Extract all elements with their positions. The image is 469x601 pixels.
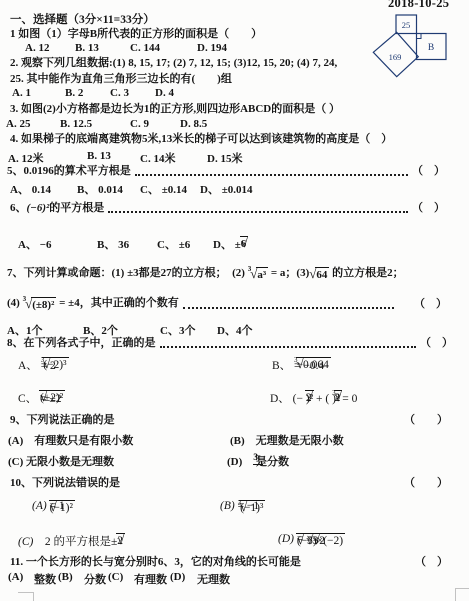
option: (A) 有理数只是有限小数 [8, 432, 133, 448]
question-7-options: A、1个 B、2个 C、3个 D、4个 [0, 322, 469, 338]
question-2-stem-line2: 25. 其中能作为直角三角形三边长的有( )组 [10, 73, 232, 87]
question-text: (4) 3√(±8)² = ±4，其中正确的个数有 [7, 296, 179, 312]
question-8-options-row1: A、 3√(−2)³ = 2 B、 3√−0.064 = −0.4 [0, 357, 469, 373]
question-7-stem-line2: (4) 3√(±8)² = ±4，其中正确的个数有 （ ） [7, 296, 447, 312]
option: C. 3 [110, 87, 129, 99]
dotted-leader [160, 345, 417, 348]
option: A、1个 [7, 322, 42, 338]
dotted-leader [135, 173, 408, 176]
option-label: (C) [108, 571, 123, 583]
option: A. 12 [25, 42, 49, 54]
option: (D) π3 是分数 [227, 453, 289, 469]
option: A. 12米 [8, 150, 43, 166]
option: B、2个 [83, 322, 118, 338]
dotted-leader [183, 306, 394, 309]
question-6-stem: 6、(−6)²的平方根是 （ ） [10, 202, 445, 216]
question-text: 11. 一个长方形的长与宽分别时6、3，它的对角线的长可能是 [10, 556, 301, 570]
answer-paren: （ ） [415, 556, 448, 570]
question-3-options: A. 25 B. 12.5 C. 9 D. 8.5 [0, 118, 469, 134]
option: C、 ±0.14 [140, 181, 187, 197]
question-text: 6、(−6)²的平方根是 [10, 202, 104, 216]
answer-paren: （ ） [404, 414, 448, 428]
option: D、4个 [217, 322, 252, 338]
option: A. 25 [6, 118, 30, 130]
question-10-options-row2: (C) 2 的平方根是± √2 (D) √(−3)×(−2) = √−3 × √… [0, 533, 469, 549]
option: D、 ±0.014 [200, 181, 252, 197]
crop-mark-bottom-right [455, 588, 469, 601]
option: (A) √(−1)² = 1 [32, 500, 65, 512]
answer-paren: （ ） [412, 165, 445, 179]
option: C、3个 [160, 322, 195, 338]
option: C. 14米 [140, 150, 175, 166]
question-9-options-row2: (C) 无限小数是无理数 (D) π3 是分数 [0, 453, 469, 469]
question-5-options: A、 0.14 B、 0.014 C、 ±0.14 D、 ±0.014 [0, 181, 469, 197]
option: (C) 2 的平方根是± √2 [18, 533, 117, 549]
question-11-options: (A) 整数 (B) 分数 (C) 有理数 (D) 无理数 [0, 571, 469, 587]
option-label: (B) [58, 571, 73, 583]
option: D. 194 [197, 42, 227, 54]
section-heading: 一、选择题（3分×11=33分） [10, 13, 155, 27]
option-text: 分数 [84, 571, 106, 587]
option-text: 整数 [34, 571, 56, 587]
option: C. 9 [130, 118, 149, 130]
option: (C) 无限小数是无理数 [8, 453, 114, 469]
question-10-stem: 10、下列说法错误的是 （ ） [10, 477, 448, 491]
option-label: (D) [170, 571, 185, 583]
answer-paren: （ ） [404, 477, 448, 491]
answer-paren: （ ） [420, 337, 453, 351]
question-4-options: A. 12米 B. 13 C. 14米 D. 15米 [0, 150, 469, 166]
question-3-stem: 3. 如图(2)小方格都是边长为1的正方形,则四边形ABCD的面积是（ ） [10, 103, 340, 117]
option: C. 144 [130, 42, 160, 54]
question-2-stem-line1: 2. 观察下列几组数据:(1) 8, 15, 17; (2) 7, 12, 15… [10, 57, 337, 71]
option: C、 √(±2)² = ±2 [18, 390, 61, 406]
option: B. 13 [87, 150, 111, 162]
option: B. 2 [65, 87, 83, 99]
option: B. 13 [75, 42, 99, 54]
crop-mark-bottom-left [18, 592, 34, 601]
option: (D) √(−3)×(−2) = √−3 × √−2 [278, 533, 313, 545]
option: B、 3√−0.064 = −0.4 [272, 357, 324, 373]
question-text: 9、下列说法正确的是 [10, 414, 115, 428]
option-label: (A) [8, 571, 23, 583]
question-text: 8、在下列各式子中，正确的是 [7, 337, 156, 351]
option-text: 有理数 [134, 571, 167, 587]
question-8-options-row2: C、 √(±2)² = ±2 D、 (− √2 )² + ( 3√2 )³ = … [0, 390, 469, 406]
option: A、 0.14 [10, 181, 51, 197]
question-10-options-row1: (A) √(−1)² = 1 (B) 3√(−1)³ = −1 [0, 500, 469, 516]
question-11-stem: 11. 一个长方形的长与宽分别时6、3，它的对角线的长可能是 （ ） [10, 556, 448, 570]
question-6-options: A、 −6 B、 36 C、 ±6 D、 ± √6 [0, 236, 469, 252]
right-angle-icon [417, 34, 422, 39]
option: D、 (− √2 )² + ( 3√2 )³ = 0 [270, 390, 357, 406]
option: D、 ± √6 [213, 236, 241, 252]
answer-paren: （ ） [412, 202, 445, 216]
answer-paren: （ ） [414, 298, 447, 312]
exam-page: 2018-10-25 25 B 169 一、选择题（3分×11=33分） 1 如… [0, 0, 469, 601]
option: A. 1 [12, 87, 31, 99]
question-2-options: A. 1 B. 2 C. 3 D. 4 [0, 87, 469, 103]
option: B、 0.014 [77, 181, 123, 197]
option: D. 15米 [207, 150, 242, 166]
question-text: 5、0.0196的算术平方根是 [7, 165, 131, 179]
option: B. 12.5 [60, 118, 92, 130]
option: D. 4 [155, 87, 174, 99]
question-9-options-row1: (A) 有理数只是有限小数 (B) 无理数是无限小数 [0, 432, 469, 448]
option: A、 −6 [18, 236, 51, 252]
question-5-stem: 5、0.0196的算术平方根是 （ ） [7, 165, 445, 179]
option-text: 无理数 [197, 571, 230, 587]
figure-label-25: 25 [402, 20, 411, 30]
option: A、 3√(−2)³ = 2 [18, 357, 56, 373]
dotted-leader [108, 210, 408, 213]
option: D. 8.5 [180, 118, 207, 130]
option: (B) 无理数是无限小数 [230, 432, 344, 448]
question-8-stem: 8、在下列各式子中，正确的是 （ ） [7, 337, 453, 351]
question-text: 10、下列说法错误的是 [10, 477, 120, 491]
question-9-stem: 9、下列说法正确的是 （ ） [10, 414, 448, 428]
option: C、 ±6 [157, 236, 190, 252]
question-1-options: A. 12 B. 13 C. 144 D. 194 [0, 42, 469, 58]
option: (B) 3√(−1)³ = −1 [220, 500, 259, 512]
question-1-stem: 1 如图（1）字母B所代表的正方形的面积是（ ） [10, 28, 262, 42]
question-4-stem: 4. 如果梯子的底端离建筑物5米,13米长的梯子可以达到该建筑物的高度是（ ） [10, 133, 392, 147]
option: B、 36 [97, 236, 129, 252]
question-7-stem-line1: 7、下列计算或命题：(1) ±3都是27的立方根； (2) 3√a³ = a；(… [7, 266, 404, 282]
